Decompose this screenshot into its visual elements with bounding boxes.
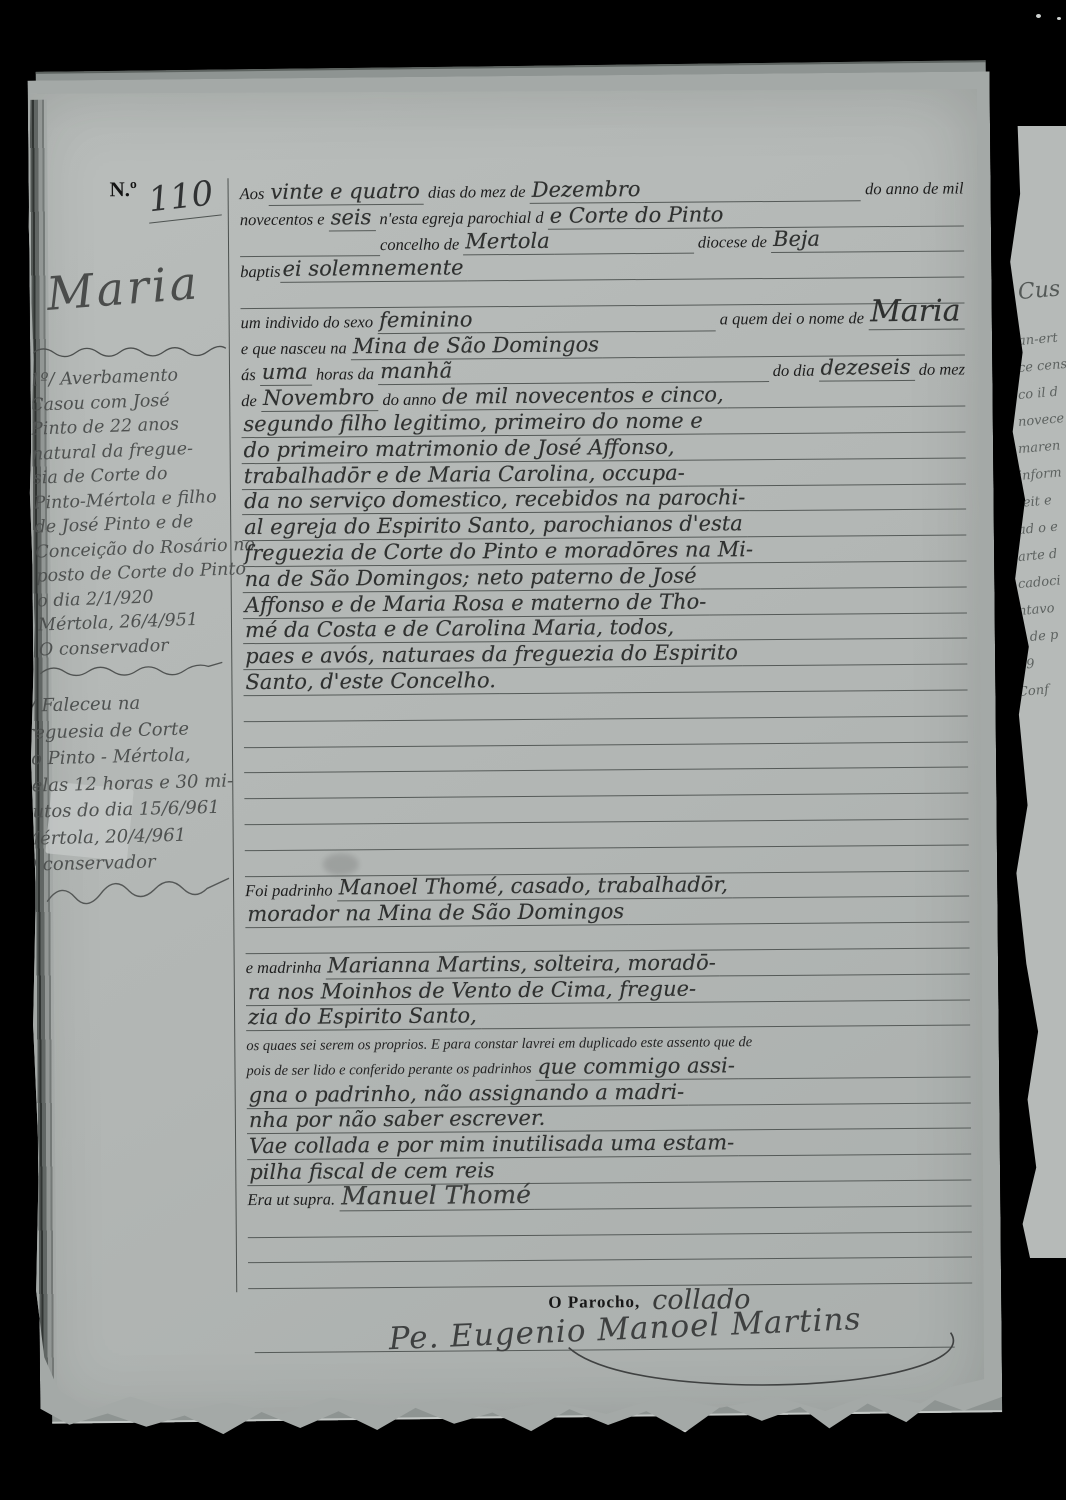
side-page-fragment: ntavo	[1017, 594, 1066, 625]
record-number-label: N.º	[109, 177, 137, 202]
handwritten-text: Dezembro	[530, 179, 645, 204]
side-page-fragment: ad o e	[1017, 513, 1066, 544]
handwritten-text: Vae collada e por mim inutilisada uma es…	[247, 1133, 738, 1161]
side-page-fragment: arte d	[1017, 540, 1066, 571]
side-page-fragment: 19	[1017, 648, 1066, 679]
side-page-text-fragments: Cusan-ertce censco il dnovecemareninform…	[1004, 126, 1066, 704]
handwritten-text: vinte e quatro	[268, 181, 424, 206]
handwritten-text: seis	[329, 207, 376, 231]
adjacent-page-strip: Cusan-ertce censco il dnovecemareninform…	[1004, 126, 1066, 1258]
handwritten-text: uma	[260, 362, 312, 386]
handwritten-text: Santo, d'este Concelho.	[243, 670, 500, 696]
printed-text: e madrinha	[246, 960, 326, 980]
pen-flourish	[37, 658, 227, 683]
handwritten-text: nha por não saber escrever.	[247, 1108, 550, 1134]
margin-column: N.º 110 Maria 1º/ AverbamentoCasou com J…	[25, 92, 243, 1424]
printed-text: n'esta egreja parochial d	[375, 210, 547, 231]
printed-text: dias do mez de	[424, 184, 530, 204]
side-page-fragment: feit e	[1017, 486, 1066, 517]
record-number-block: N.º 110	[109, 176, 220, 220]
torn-page-edges	[949, 68, 1009, 1416]
handwritten-text: zia do Espirito Santo,	[246, 1006, 481, 1032]
handwritten-text: morador na Mina de São Domingos	[245, 901, 628, 928]
side-page-fragment: cadoci	[1017, 567, 1066, 598]
printed-text: ás	[241, 367, 260, 387]
side-page-fragment: inform	[1017, 459, 1066, 490]
margin-note-death: 2/ Faleceu nafreguesia de Cortedo Pinto …	[18, 688, 243, 879]
handwritten-text: Manoel Thomé, casado, trabalhadōr,	[337, 875, 732, 902]
pen-flourish	[29, 340, 229, 364]
printed-text: um individo do sexo	[241, 314, 378, 335]
side-page-fragment: e de p	[1017, 621, 1066, 652]
handwritten-text: do primeiro matrimonio de José Affonso,	[242, 436, 679, 463]
record-number: 110	[145, 173, 222, 224]
handwritten-text: mé da Costa e de Carolina Maria, todos,	[243, 617, 678, 644]
handwritten-text: Beja	[771, 229, 824, 253]
handwritten-text: Mertola	[463, 231, 553, 256]
printed-text: do anno de mil	[861, 181, 964, 201]
record-body: Aos vinte e quatro dias do mez de Dezemb…	[240, 174, 973, 1289]
margin-note-line: nutos do dia 15/6/961	[21, 794, 242, 826]
side-page-fragment: novece	[1017, 405, 1066, 436]
side-page-fragment: co il d	[1017, 378, 1066, 409]
handwritten-text: na de São Domingos; neto paterno de José	[243, 565, 701, 593]
handwritten-text: Manuel Thomé	[339, 1182, 535, 1212]
handwritten-text: dezeseis	[818, 357, 914, 382]
handwritten-text: ra nos Moinhos de Vento de Cima, fregue-	[246, 978, 700, 1006]
printed-text: concelho de	[380, 236, 464, 256]
margin-note-marriage: 1º/ AverbamentoCasou com JoséPinto de 22…	[29, 361, 241, 662]
handwritten-text: manhã	[378, 361, 456, 386]
side-page-fragment: Cus	[1017, 272, 1066, 310]
signature-flourish	[549, 1326, 980, 1407]
printed-text: horas da	[312, 366, 379, 386]
handwritten-text: e Corte do Pinto	[548, 204, 728, 229]
side-page-fragment: maren	[1017, 432, 1066, 463]
printed-text: a quem dei o nome de	[716, 311, 869, 332]
handwritten-text: de mil novecentos e cinco,	[440, 385, 728, 411]
printed-text: Era ut supra.	[247, 1192, 339, 1212]
handwritten-text: segundo filho legitimo, primeiro do nome…	[241, 410, 707, 438]
handwritten-text: que commigo assi-	[535, 1055, 739, 1081]
printed-text: e que nasceu na	[241, 340, 351, 360]
handwritten-text: Mina de São Domingos	[351, 334, 603, 360]
handwritten-text: Marianna Martins, solteira, moradō-	[325, 952, 720, 979]
handwritten-text: paes e avós, naturaes da freguezia do Es…	[243, 642, 742, 670]
dust-speck	[1057, 17, 1061, 20]
printed-text: Foi padrinho	[245, 882, 337, 902]
printed-text: do anno	[378, 391, 440, 411]
handwritten-text: ei solemnemente	[280, 258, 467, 283]
side-page-fragment: ce cens	[1017, 351, 1066, 382]
handwritten-text: gna o padrinho, não assignando a madri-	[247, 1081, 689, 1108]
printed-text: baptis	[240, 264, 280, 284]
printed-text: do dia	[769, 363, 819, 383]
side-page-fragment: an-ert	[1017, 324, 1066, 355]
margin-note-line: O conservador	[22, 847, 243, 879]
dust-speck	[1036, 14, 1041, 18]
printed-text: de	[241, 393, 261, 413]
baptism-record-page: N.º 110 Maria 1º/ AverbamentoCasou com J…	[25, 86, 987, 1423]
printed-text: diocese de	[694, 234, 772, 254]
side-page-fragment: Conf	[1017, 675, 1066, 706]
handwritten-text: Novembro	[261, 387, 379, 412]
handwritten-text: feminino	[377, 309, 476, 334]
printed-text: novecentos e	[240, 212, 329, 232]
printed-text: pois de ser lido e conferido perante os …	[246, 1062, 535, 1083]
photo-background: N.º 110 Maria 1º/ AverbamentoCasou com J…	[0, 0, 1066, 1500]
printed-text: Aos	[240, 186, 269, 206]
margin-name: Maria	[44, 255, 201, 321]
register-page-stack: N.º 110 Maria 1º/ AverbamentoCasou com J…	[23, 62, 1014, 1440]
